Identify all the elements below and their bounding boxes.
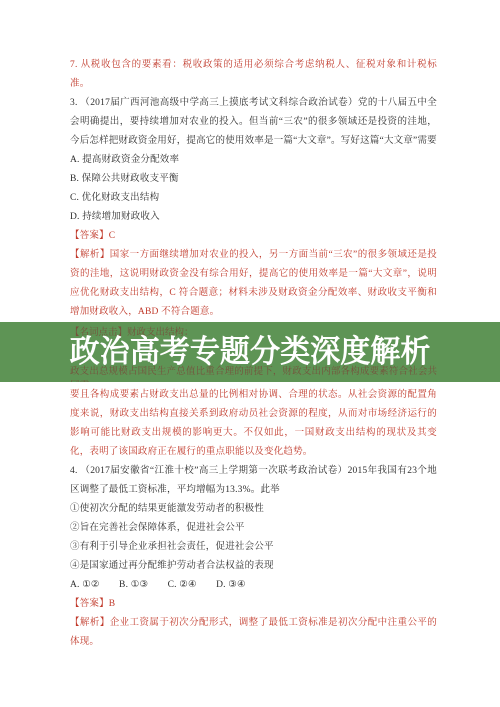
question-3-option-b: B. 保障公共财政收支平衡 <box>70 170 437 189</box>
question-3-answer: 【答案】C <box>70 227 437 246</box>
question-3-option-d: D. 持续增加财政收入 <box>70 208 437 227</box>
question-4-stem: 4. （2017届安徽省“江淮十校”高三上学期第一次联考政治试卷）2015年我国… <box>70 462 437 500</box>
question-4-section: 要且各构成要素占财政支出总量的比例相对协调、合理的状态。从社会资源的配置角度来说… <box>70 386 437 652</box>
question-3-analysis: 【解析】国家一方面继续增加对农业的投入，另一方面当前“三农”的很多领域还是投资的… <box>70 246 437 322</box>
question-4-item-4: ④是国家通过再分配维护劳动者合法权益的表现 <box>70 557 437 576</box>
promo-banner: 【名词点击】财政支出结构： 政支出总规模占国民生产总值比重合理的前提下，财政支出… <box>0 322 500 382</box>
exam-document-page: 7. 从税收包含的要素看：税收政策的适用必须综合考虑纳税人、征税对象和计税标准。… <box>0 0 500 707</box>
question-3-section: 7. 从税收包含的要素看：税收政策的适用必须综合考虑纳税人、征税对象和计税标准。… <box>70 56 437 341</box>
banner-title: 政治高考专题分类深度解析 <box>8 334 493 370</box>
question-3-stem: 3. （2017届广西河池高级中学高三上摸底考试文科综合政治试卷）党的十八届五中… <box>70 94 437 151</box>
tax-summary-note: 7. 从税收包含的要素看：税收政策的适用必须综合考虑纳税人、征税对象和计税标准。 <box>70 56 437 94</box>
question-4-item-2: ②旨在完善社会保障体系，促进社会公平 <box>70 519 437 538</box>
question-4-analysis: 【解析】企业工资属于初次分配形式，调整了最低工资标准是初次分配中注重公平的体现。 <box>70 614 437 652</box>
definition-continuation: 要且各构成要素占财政支出总量的比例相对协调、合理的状态。从社会资源的配置角度来说… <box>70 386 437 462</box>
question-4-choices: A. ①② B. ①③ C. ②④ D. ③④ <box>70 576 437 595</box>
question-3-option-a: A. 提高财政资金分配效率 <box>70 151 437 170</box>
question-4-item-3: ③有利于引导企业承担社会责任，促进社会公平 <box>70 538 437 557</box>
question-4-item-1: ①使初次分配的结果更能激发劳动者的积极性 <box>70 500 437 519</box>
question-3-option-c: C. 优化财政支出结构 <box>70 189 437 208</box>
question-4-answer: 【答案】B <box>70 595 437 614</box>
